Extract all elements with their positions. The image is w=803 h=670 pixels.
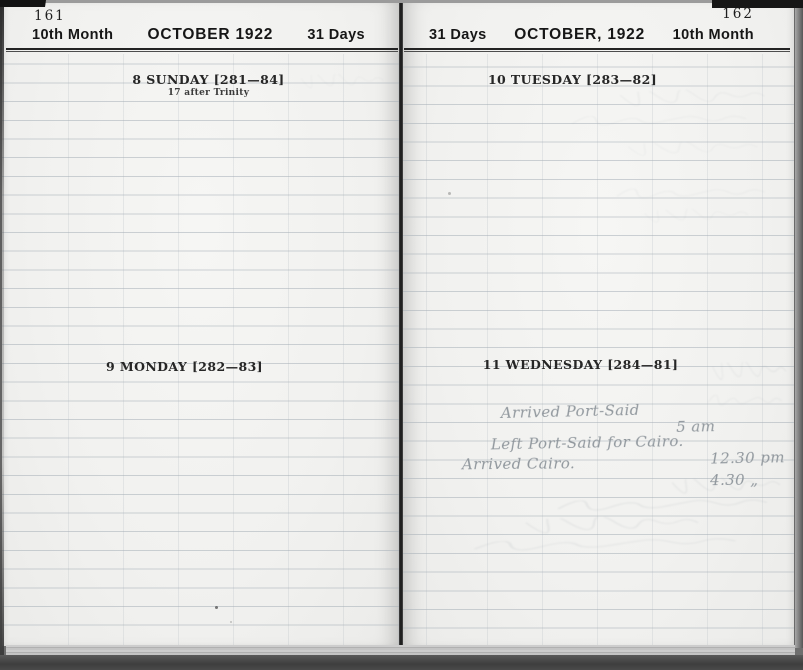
pencil-dot xyxy=(230,621,232,623)
pencil-dot xyxy=(215,606,218,609)
page-number: 161 xyxy=(34,8,66,24)
header-rule xyxy=(404,48,790,52)
days-label: 31 Days xyxy=(429,27,487,43)
month-ordinal-label: 10th Month xyxy=(673,27,754,43)
day-sub-label: 17 after Trinity xyxy=(10,88,407,98)
bleedthrough-marks xyxy=(703,361,789,382)
diary-scan: 161 10th Month OCTOBER 1922 31 Days 8 SU… xyxy=(0,0,803,670)
left-page: 161 10th Month OCTOBER 1922 31 Days 8 SU… xyxy=(2,2,399,646)
month-title: OCTOBER 1922 xyxy=(148,26,274,44)
page-number: 162 xyxy=(722,6,754,22)
note-text: Arrived Cairo. xyxy=(462,454,575,473)
ruled-lines xyxy=(2,54,399,646)
scan-edge-top xyxy=(0,0,803,3)
right-page: 162 31 Days OCTOBER, 1922 10th Month 10 … xyxy=(403,2,794,646)
header-rule xyxy=(6,48,398,52)
month-ordinal-label: 10th Month xyxy=(32,27,113,43)
page-header: 31 Days OCTOBER, 1922 10th Month xyxy=(403,26,794,44)
book-gutter xyxy=(399,0,403,656)
scan-edge-left xyxy=(0,0,4,660)
scan-corner-right xyxy=(712,0,803,8)
entry-header-monday: 9 MONDAY [282—83] xyxy=(0,359,383,374)
day-label: 10 TUESDAY [283—82] xyxy=(377,72,768,87)
page-header: 10th Month OCTOBER 1922 31 Days xyxy=(2,26,399,44)
days-label: 31 Days xyxy=(307,27,365,43)
month-title: OCTOBER, 1922 xyxy=(514,26,645,44)
entry-header-tuesday: 10 TUESDAY [283—82] xyxy=(377,72,768,87)
day-label: 9 MONDAY [282—83] xyxy=(0,359,383,374)
bleedthrough-marks xyxy=(699,393,785,412)
scan-corner-left xyxy=(0,0,46,7)
scan-edge-bottom xyxy=(0,655,803,670)
page-edges-right xyxy=(794,2,803,648)
pencil-dot xyxy=(448,192,451,195)
